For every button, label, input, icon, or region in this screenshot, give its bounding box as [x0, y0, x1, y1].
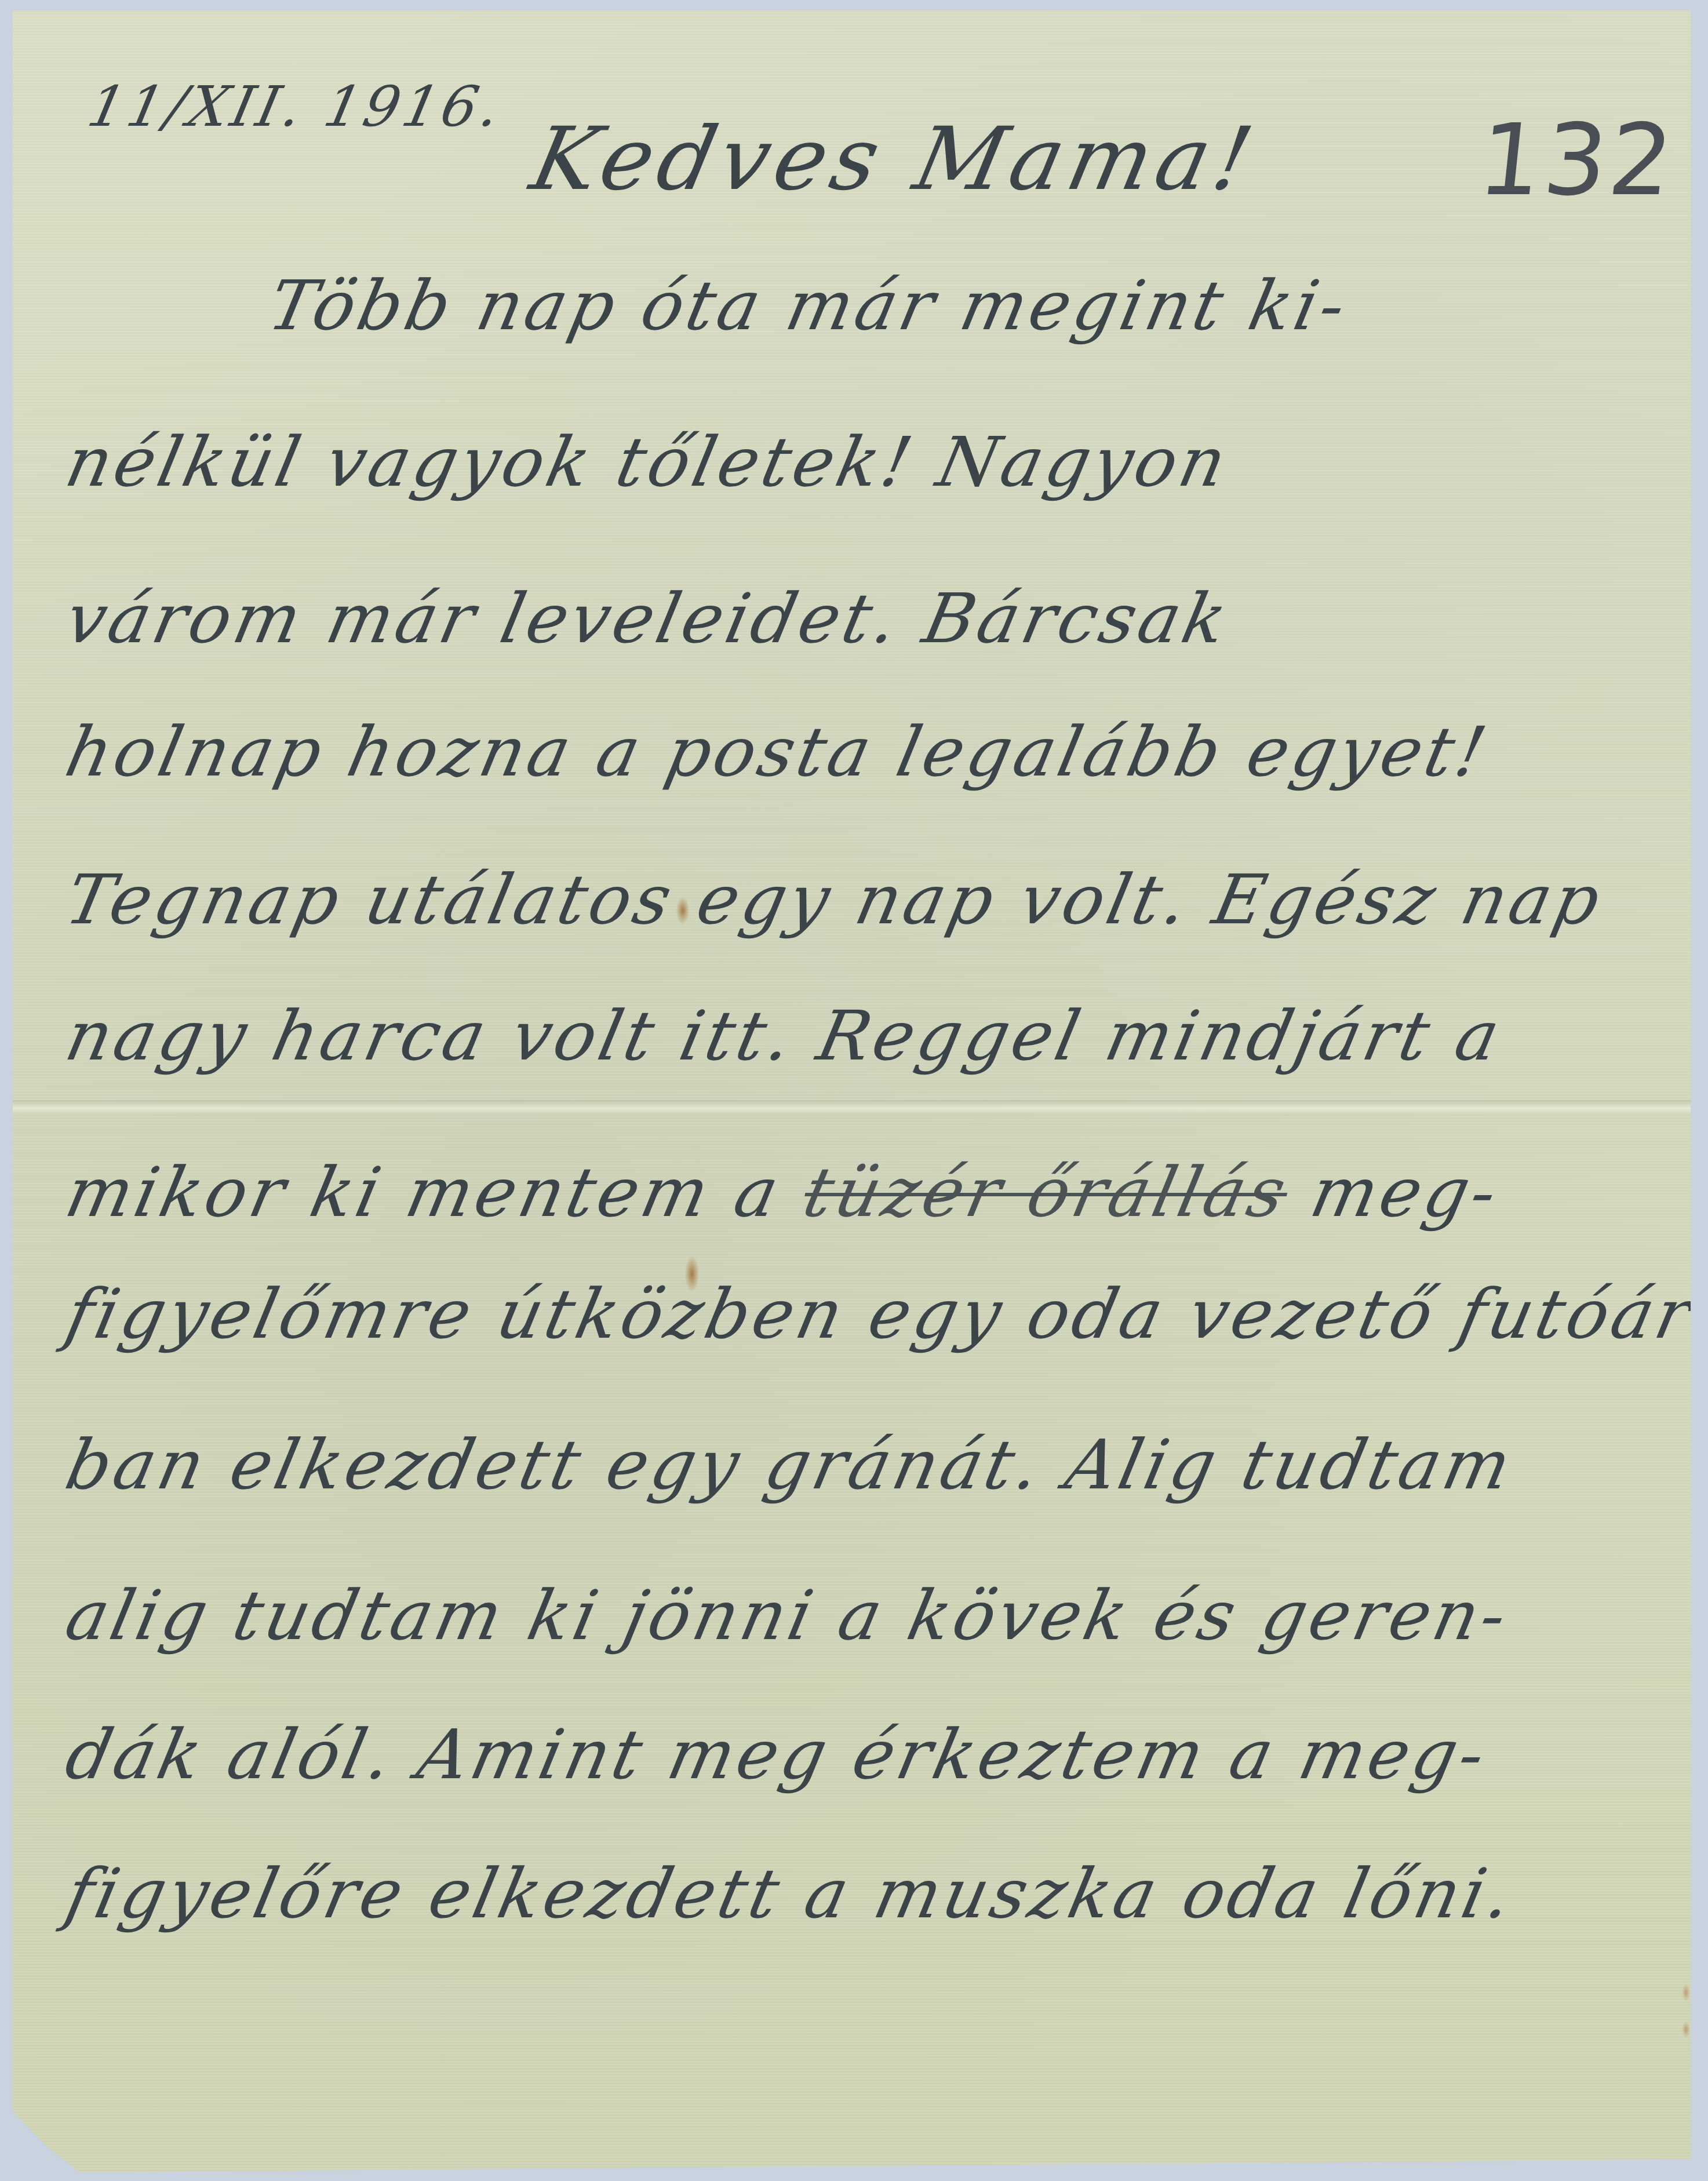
- body-line: várom már leveleidet. Bárcsak: [59, 578, 1237, 658]
- body-line: mikor ki mentem a tüzér őrállás meg-: [59, 1152, 1507, 1232]
- body-line: Több nap óta már megint ki-: [262, 265, 1356, 345]
- body-line-text: meg-: [1279, 1152, 1507, 1232]
- paper-fold-line: [13, 1100, 1691, 1115]
- letter-date: 11/XII. 1916.: [82, 74, 509, 139]
- edge-foxing: [1682, 1984, 1690, 2001]
- edge-foxing: [1682, 2022, 1690, 2038]
- body-line: dák alól. Amint meg érkeztem a meg-: [59, 1714, 1495, 1794]
- letter-sheet: 11/XII. 1916. Kedves Mama! 132 Több nap …: [13, 10, 1691, 2172]
- body-line: holnap hozna a posta legalább egyet!: [59, 712, 1496, 792]
- body-line: nélkül vagyok tőletek! Nagyon: [59, 422, 1236, 502]
- body-line-text: mikor ki mentem a: [59, 1152, 789, 1232]
- body-line: ban elkezdett egy gránát. Alig tudtam: [59, 1425, 1521, 1505]
- body-line: nagy harca volt itt. Reggel mindjárt a: [59, 996, 1510, 1076]
- struck-through-text: tüzér őrállás: [797, 1152, 1296, 1232]
- letter-greeting: Kedves Mama!: [523, 109, 1266, 210]
- body-line: figyelőre elkezdett a muszka oda lőni.: [59, 1854, 1522, 1934]
- body-line: Tegnap utálatos egy nap volt. Egész nap: [59, 860, 1610, 940]
- page-number: 132: [1473, 103, 1680, 218]
- body-line: figyelőmre útközben egy oda vezető futóá…: [59, 1274, 1708, 1354]
- body-line: alig tudtam ki jönni a kövek és geren-: [59, 1575, 1517, 1655]
